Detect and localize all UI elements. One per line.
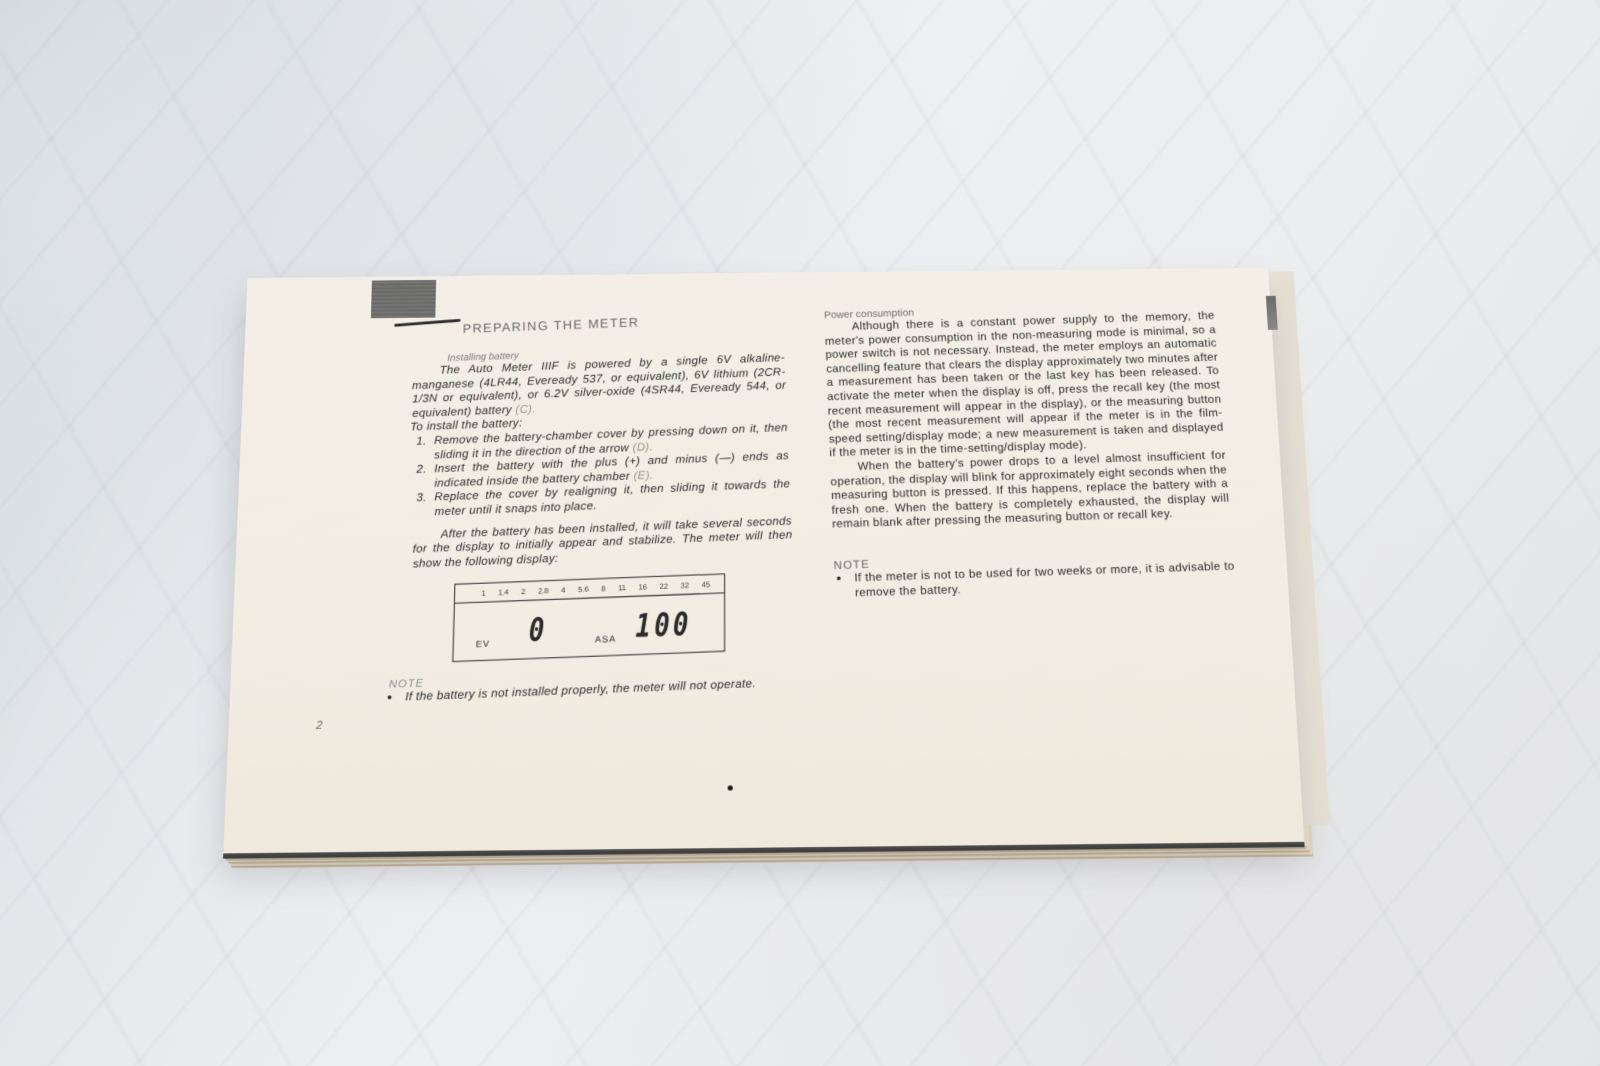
- aperture-tick: 1: [481, 588, 485, 597]
- lcd-readout: EV 0 ASA 100: [453, 594, 724, 661]
- asa-value: 100: [635, 605, 691, 645]
- manual-page: PREPARING THE METER Installing battery T…: [223, 268, 1304, 856]
- manual-booklet: PREPARING THE METER Installing battery T…: [223, 268, 1304, 856]
- aperture-tick: 2: [521, 587, 525, 596]
- step-number: 1.: [416, 435, 426, 450]
- aperture-tick: 45: [702, 580, 710, 589]
- install-steps: 1.Remove the battery-chamber cover by pr…: [412, 421, 791, 520]
- figure-ref: (E).: [633, 469, 653, 482]
- aperture-tick: 4: [561, 585, 565, 594]
- ev-label: EV: [476, 639, 490, 650]
- aperture-tick: 2.8: [538, 586, 549, 595]
- power-paragraph-1: Although there is a constant power suppl…: [824, 309, 1225, 461]
- figure-ref: (D).: [632, 440, 653, 453]
- step-number: 2.: [416, 463, 426, 478]
- after-install-text: After the battery has been installed, it…: [413, 514, 794, 572]
- aperture-tick: 11: [618, 583, 626, 592]
- step-number: 3.: [417, 491, 427, 506]
- aperture-tick: 8: [601, 584, 605, 593]
- section-tab-marker-right: [1266, 296, 1278, 330]
- aperture-tick: 1.4: [498, 587, 509, 596]
- page-heading: PREPARING THE METER: [463, 310, 784, 336]
- power-paragraph-2: When the battery's power drops to a leve…: [830, 449, 1231, 533]
- left-column: PREPARING THE METER Installing battery T…: [412, 304, 799, 705]
- page-number: 2: [316, 720, 323, 732]
- aperture-tick: 32: [681, 581, 690, 590]
- aperture-tick: 5.6: [578, 584, 589, 593]
- ev-value: 0: [528, 611, 546, 650]
- right-column: Power consumption Although there is a co…: [824, 298, 1236, 601]
- asa-label: ASA: [595, 634, 616, 645]
- lcd-display-illustration: 11.422.845.681116223245 EV 0 ASA 100: [452, 574, 725, 663]
- section-tab-marker: [371, 280, 436, 318]
- figure-ref: (C).: [515, 402, 535, 415]
- ink-dot: [728, 785, 733, 790]
- aperture-tick: 22: [659, 581, 668, 590]
- aperture-tick: 16: [638, 582, 647, 591]
